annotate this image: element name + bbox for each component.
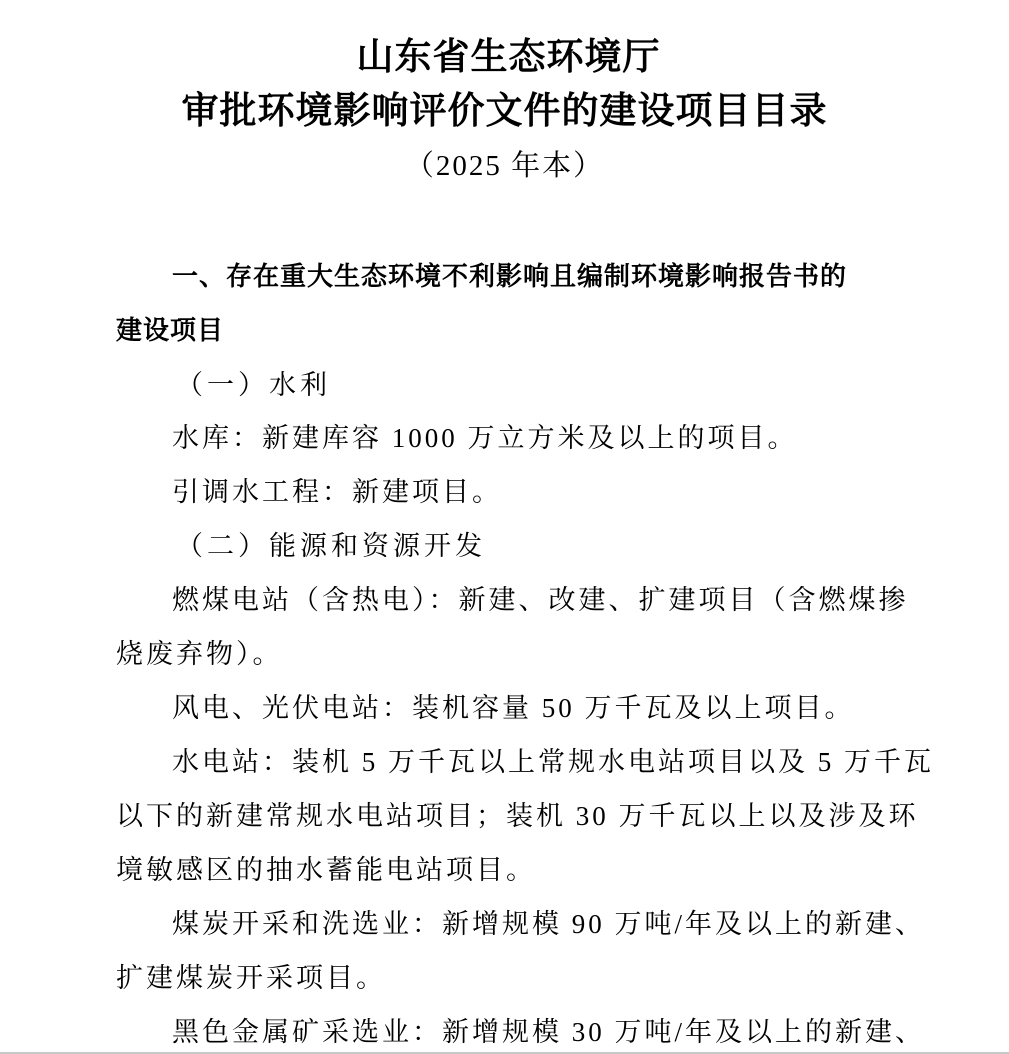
section-heading-1-continued: 建设项目 [116,313,224,349]
subsection-heading-water-conservancy: （一）水利 [176,367,331,403]
item-coal-mining-continued: 扩建煤炭开采项目。 [116,960,386,996]
item-coal-power: 燃煤电站（含热电）：新建、改建、扩建项目（含燃煤掺 [172,582,909,618]
section-heading-1: 一、存在重大生态环境不利影响且编制环境影响报告书的 [172,259,847,295]
subsection-heading-energy: （二）能源和资源开发 [176,528,486,564]
document-title-line-2: 审批环境影响评价文件的建设项目目录 [0,88,1009,132]
item-coal-power-continued: 烧废弃物）。 [116,636,283,672]
item-water-diversion: 引调水工程：新建项目。 [172,474,502,510]
item-hydropower: 水电站：装机 5 万千瓦以上常规水电站项目以及 5 万千瓦 [172,744,934,780]
item-wind-solar: 风电、光伏电站：装机容量 50 万千瓦及以上项目。 [172,690,855,726]
item-hydropower-continued-2: 境敏感区的抽水蓄能电站项目。 [116,852,536,888]
document-page: 山东省生态环境厅 审批环境影响评价文件的建设项目目录 （2025 年本） 一、存… [0,0,1009,1054]
item-coal-mining: 煤炭开采和洗选业：新增规模 90 万吨/年及以上的新建、 [172,906,925,942]
item-ferrous-mining: 黑色金属矿采选业：新增规模 30 万吨/年及以上的新建、 [172,1014,925,1050]
item-hydropower-continued-1: 以下的新建常规水电站项目；装机 30 万千瓦以上以及涉及环 [116,798,919,834]
document-title-line-1: 山东省生态环境厅 [4,34,1009,78]
item-reservoir: 水库：新建库容 1000 万立方米及以上的项目。 [172,420,798,456]
document-subtitle-year: （2025 年本） [0,146,1009,186]
